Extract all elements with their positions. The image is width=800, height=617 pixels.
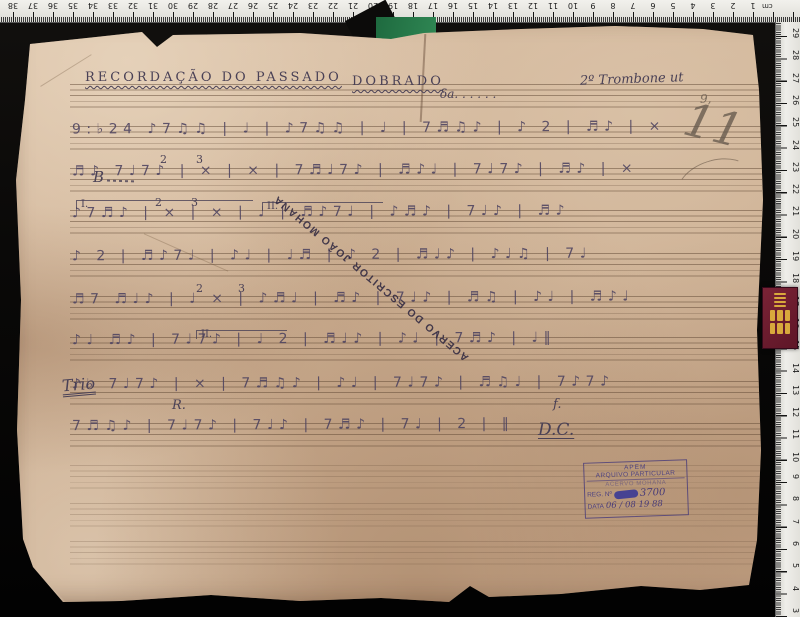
ruler-number: 23 [788, 162, 800, 178]
ruler-number: 34 [84, 1, 102, 10]
ruler-number: 12 [524, 1, 542, 10]
ruler-number: 11 [544, 1, 562, 10]
ruler-number: 3 [788, 608, 800, 617]
ruler-number: 6 [788, 541, 800, 557]
volta-bracket-1: I. [76, 200, 253, 209]
ruler-number: 4 [788, 586, 800, 602]
ruler-number: 6 [644, 1, 662, 10]
ruler-number: 8 [788, 496, 800, 512]
ruler-number: 19 [788, 251, 800, 267]
ruler-number: 16 [444, 1, 462, 10]
manuscript-paper: 9:♭24 ♪7♫♫ | ♩ | ♪7♫♫ | ♩ | 7♬♫♪ | ♪ 2 |… [0, 0, 800, 617]
gold-bars-icon [774, 293, 786, 307]
ruler-number: 1 [744, 1, 762, 10]
ruler-number: 10 [788, 452, 800, 468]
ruler-number: 38 [4, 1, 22, 10]
ruler-number: 31 [144, 1, 162, 10]
ruler-number: 9 [788, 474, 800, 490]
registry-stamp: APEM ARQUIVO PARTICULAR ACERVO MOHANA RE… [583, 459, 689, 519]
staff-system: ♪♩ ♬♪ | 7♩7♪ | ♩ 2 | ♬♩♪ | ♪♩ | 7♬♪ | ♩‖ [70, 337, 762, 361]
ruler-number: 14 [484, 1, 502, 10]
ruler-unit-label: cm [762, 2, 773, 10]
ruler-number: 29 [788, 28, 800, 44]
ruler-number: 17 [424, 1, 442, 10]
ruler-number: 10 [564, 1, 582, 10]
staff-system-empty [70, 541, 762, 565]
ruler-number: 22 [324, 1, 342, 10]
music-notation: 9:♭24 ♪7♫♫ | ♩ | ♪7♫♫ | ♩ | 7♬♫♪ | ♪ 2 |… [72, 118, 666, 137]
ruler-number: 3 [704, 1, 722, 10]
ruler-number: 32 [124, 1, 142, 10]
ruler-number: 7 [788, 519, 800, 535]
ruler-number: 5 [788, 563, 800, 579]
stamp-date-label: DATA [587, 503, 604, 511]
gold-seal-icon [770, 310, 790, 334]
stamp-reg-value: 3700 [640, 487, 666, 499]
stamp-date-value: 06 / 08 19 88 [606, 499, 663, 511]
ruler-number: 24 [284, 1, 302, 10]
staff-system: ♬♪ 7♩7♪ | × | × | 7♬♩7♪ | ♬♪♩ | 7♩7♪ | ♬… [70, 168, 762, 192]
ruler-number: 25 [264, 1, 282, 10]
lyric-cue: δa. . . . . . [440, 87, 496, 101]
ruler-number: 28 [788, 50, 800, 66]
ruler-number: 24 [788, 140, 800, 156]
ruler-number: 14 [788, 363, 800, 379]
music-notation: ♬♪ 7♩7♪ | × | × | 7♬♩7♪ | ♬♪♩ | 7♩7♪ | ♬… [72, 161, 638, 180]
repeat-count: 2 [160, 153, 167, 166]
ruler-number: 18 [404, 1, 422, 10]
ruler-number: 13 [504, 1, 522, 10]
forte-mark: f. [553, 397, 561, 412]
ruler-number: 26 [788, 95, 800, 111]
volta-bracket-3: II. [196, 330, 287, 339]
ruler-number: 22 [788, 184, 800, 200]
ruler-number: 36 [44, 1, 62, 10]
ruler-number: 13 [788, 385, 800, 401]
genre-label: DOBRADO [352, 74, 444, 89]
ruler-number: 27 [224, 1, 242, 10]
piece-title: RECORDAÇÃO DO PASSADO [85, 70, 342, 85]
volta-one-label: I. [81, 199, 88, 210]
da-capo-mark: D.C. [538, 420, 574, 440]
ruler-number: 23 [304, 1, 322, 10]
ruler-number: 21 [788, 206, 800, 222]
staff-system: 7♬♫♪ | 7♩7♪ | 7♩♪ | 7♬♪ | 7♩ | 2 | ‖ [70, 423, 762, 447]
staff-system: 9:♭24 ♪7♫♫ | ♩ | ♪7♫♫ | ♩ | 7♬♫♪ | ♪ 2 |… [70, 126, 762, 150]
ruler-number: 29 [184, 1, 202, 10]
ruler-number: 12 [788, 407, 800, 423]
maroon-archive-label [762, 287, 798, 349]
music-notation: ♪♭ 7♩7♪ | × | 7♬♫♪ | ♪♩ | 7♩7♪ | ♬♫♩ | 7… [72, 374, 615, 393]
reg-scribble [614, 489, 639, 499]
ruler-number: 15 [464, 1, 482, 10]
music-notation: ♪♩ ♬♪ | 7♩7♪ | ♩ 2 | ♬♩♪ | ♪♩ | 7♬♪ | ♩‖ [72, 330, 556, 349]
repeat-count: 2 [196, 282, 203, 295]
ruler-number: 7 [624, 1, 642, 10]
ruler-number: 8 [604, 1, 622, 10]
volta-two-label-b: II. [201, 329, 212, 340]
ruler-number: 21 [344, 1, 362, 10]
ruler-number: 25 [788, 117, 800, 133]
ruler-number: 35 [64, 1, 82, 10]
ruler-number: 2 [724, 1, 742, 10]
staff-system: ♪ 2 | ♬♪7♩ | ♪♩ | ♩♬ | ♪ 2 | ♬♩♪ | ♪♩♫ |… [70, 253, 762, 277]
ruler-number: 27 [788, 73, 800, 89]
ruler-number: 26 [244, 1, 262, 10]
ruler-number: 28 [204, 1, 222, 10]
music-notation: 7♬♫♪ | 7♩7♪ | 7♩♪ | 7♬♪ | 7♩ | 2 | ‖ [72, 416, 514, 434]
repeat-count: 3 [196, 153, 203, 166]
ruler-number: 30 [164, 1, 182, 10]
repeat-count: 3 [238, 282, 245, 295]
ruler-number: 33 [104, 1, 122, 10]
ruler-number: 4 [684, 1, 702, 10]
ruler-number: 5 [664, 1, 682, 10]
r-mark: R. [172, 398, 186, 413]
music-notation: ♬7 ♬♩♪ | ♩ × | ♪♬♩ | ♬♪ | 7♩♪ | ♬♫ | ♪♩ … [72, 289, 634, 308]
rehearsal-letter: B [93, 168, 104, 186]
ruler-number: 20 [788, 229, 800, 245]
manuscript-photo: 3837363534333231302928272625242322212019… [0, 0, 800, 617]
stamp-reg-label: REG. Nº [587, 491, 612, 499]
repeat-count: 3 [191, 196, 198, 209]
repeat-count: 2 [155, 196, 162, 209]
ruler-number: 11 [788, 429, 800, 445]
ruler-number: 37 [24, 1, 42, 10]
staff-system: ♪7♬♪ | × | × | ♩ | ♬♪7♩ | ♪♬♪ | 7♩♪ | ♬♪ [70, 210, 762, 234]
trio-label: Trio [61, 374, 96, 396]
ruler-number: 9 [584, 1, 602, 10]
